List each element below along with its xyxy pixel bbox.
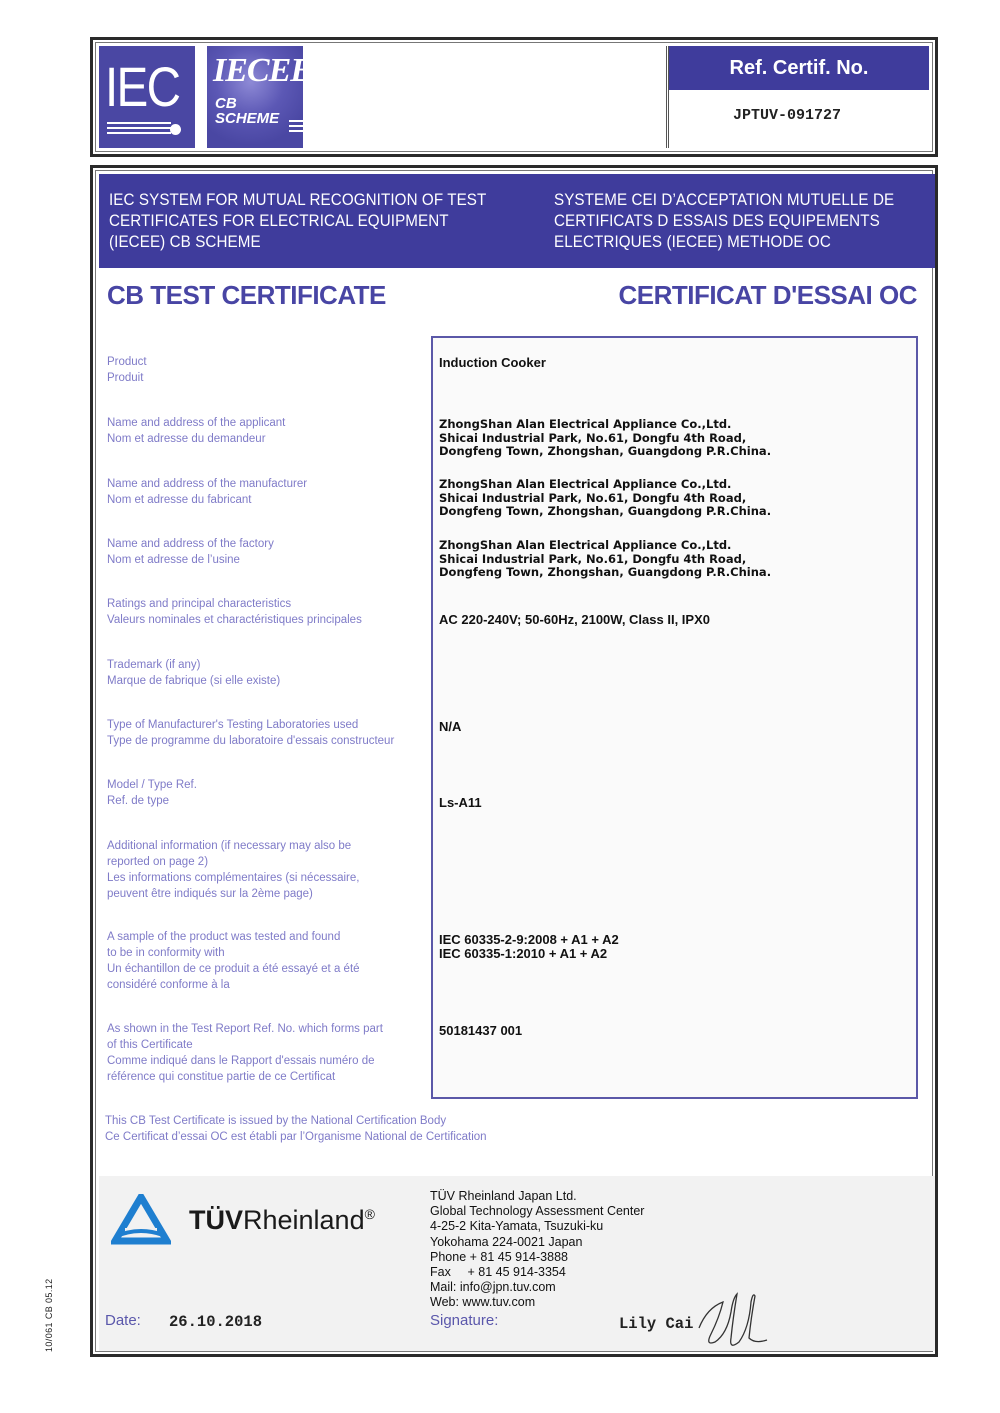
field-value: Induction Cooker [439, 356, 546, 370]
iecee-logo-subtitle: CB SCHEME [215, 96, 279, 126]
iec-logo-text: IEC [105, 54, 179, 119]
certifier-website[interactable]: Web: www.tuv.com [430, 1295, 644, 1310]
signature-label: Signature: [430, 1312, 498, 1329]
handwritten-signature-icon [693, 1288, 773, 1352]
field-label: Model / Type Ref.Ref. de type [107, 777, 197, 809]
title-french: CERTIFICAT D'ESSAI OC [618, 280, 917, 311]
field-label: Trademark (if any)Marque de fabrique (si… [107, 657, 280, 689]
field-label: Name and address of the applicantNom et … [107, 415, 285, 447]
ref-certif-number: JPTUV-091727 [669, 90, 929, 124]
form-code: 10/061 CB 05.12 [44, 1278, 54, 1352]
banner-french: SYSTEME CEI D’ACCEPTATION MUTUELLE DE CE… [554, 190, 894, 253]
certificate-header: IEC IECEE CB SCHEME Ref. Certif. No. JPT… [90, 37, 938, 157]
iecee-cb-scheme-logo-icon: IECEE CB SCHEME [207, 46, 303, 148]
field-value: AC 220-240V; 50-60Hz, 2100W, Class II, I… [439, 613, 710, 627]
field-value: ZhongShan Alan Electrical Appliance Co.,… [439, 418, 771, 459]
tuv-triangle-logo-icon [111, 1194, 171, 1246]
field-value: N/A [439, 720, 461, 734]
tuv-rheinland-logo: TÜVRheinland® [111, 1194, 375, 1246]
field-label: Additional information (if necessary may… [107, 838, 359, 902]
iec-logo-icon: IEC [99, 46, 195, 148]
signatory-name: Lily Cai [619, 1315, 693, 1333]
iecee-logo-title: IECEE [213, 52, 303, 90]
certifier-phone: Phone + 81 45 914-3888 [430, 1250, 644, 1265]
field-value: ZhongShan Alan Electrical Appliance Co.,… [439, 539, 771, 580]
field-value: 50181437 001 [439, 1024, 522, 1038]
field-label: A sample of the product was tested and f… [107, 929, 360, 993]
date-label: Date: [105, 1312, 141, 1329]
certifier-fax: Fax + 81 45 914-3354 [430, 1265, 644, 1280]
field-label: Type of Manufacturer's Testing Laborator… [107, 717, 394, 749]
field-label: Ratings and principal characteristicsVal… [107, 596, 362, 628]
field-label: Name and address of the factoryNom et ad… [107, 536, 274, 568]
field-label: Name and address of the manufacturerNom … [107, 476, 307, 508]
certifier-address: TÜV Rheinland Japan Ltd. Global Technolo… [430, 1189, 644, 1311]
field-label: ProductProduit [107, 354, 147, 386]
banner-english: IEC SYSTEM FOR MUTUAL RECOGNITION OF TES… [109, 190, 486, 253]
field-value: Ls-A11 [439, 796, 482, 810]
scheme-banner: IEC SYSTEM FOR MUTUAL RECOGNITION OF TES… [99, 174, 935, 268]
ref-certif-label: Ref. Certif. No. [669, 46, 929, 90]
certificate-body: IEC SYSTEM FOR MUTUAL RECOGNITION OF TES… [90, 165, 938, 1357]
field-values-box: Induction CookerZhongShan Alan Electrica… [431, 336, 918, 1099]
field-value: IEC 60335-2-9:2008 + A1 + A2IEC 60335-1:… [439, 933, 619, 960]
field-value: ZhongShan Alan Electrical Appliance Co.,… [439, 478, 771, 519]
certifier-email[interactable]: Mail: info@jpn.tuv.com [430, 1280, 644, 1295]
title-english: CB TEST CERTIFICATE [107, 280, 386, 311]
field-label: As shown in the Test Report Ref. No. whi… [107, 1021, 383, 1085]
reference-certificate-box: Ref. Certif. No. JPTUV-091727 [666, 46, 929, 148]
tuv-rheinland-wordmark: TÜVRheinland® [189, 1205, 375, 1236]
issue-date: 26.10.2018 [169, 1313, 262, 1331]
issued-by-statement: This CB Test Certificate is issued by th… [105, 1113, 487, 1145]
